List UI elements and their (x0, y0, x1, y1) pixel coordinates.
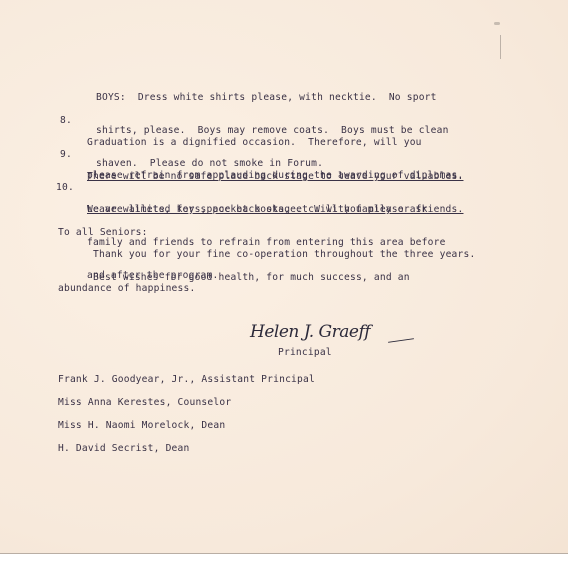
item-9-number: 9. (60, 149, 72, 160)
staff-name: Frank J. Goodyear, Jr., Assistant Princi… (58, 374, 315, 385)
item-10-number: 10. (56, 182, 74, 193)
thanks-line: Thank you for your fine co-operation thr… (93, 249, 475, 260)
staff-name: Miss H. Naomi Morelock, Dean (58, 420, 225, 431)
item-line: family and friends to refrain from enter… (87, 237, 446, 248)
salutation: To all Seniors: (58, 227, 148, 238)
principal-signature: Helen J. Graeff (250, 322, 370, 342)
boys-note-line: BOYS: Dress white shirts please, with ne… (96, 92, 449, 103)
item-line: Graduation is a dignified occasion. Ther… (87, 137, 463, 148)
signature-flourish (388, 338, 414, 343)
signature-title: Principal (278, 347, 332, 358)
paper-speck (494, 22, 500, 25)
wishes-line-1: Best wishes for good health, for much su… (93, 272, 410, 283)
paper-mark (500, 35, 501, 59)
item-line: We are limited for space back stage. Wil… (87, 204, 446, 215)
staff-name: H. David Secrist, Dean (58, 443, 189, 454)
item-line-underlined: There will be no safe place back stage t… (87, 171, 463, 182)
wishes-line-2: abundance of happiness. (58, 283, 195, 294)
item-8-number: 8. (60, 115, 72, 126)
staff-name: Miss Anna Kerestes, Counselor (58, 397, 231, 408)
letter-page: BOYS: Dress white shirts please, with ne… (0, 0, 568, 554)
